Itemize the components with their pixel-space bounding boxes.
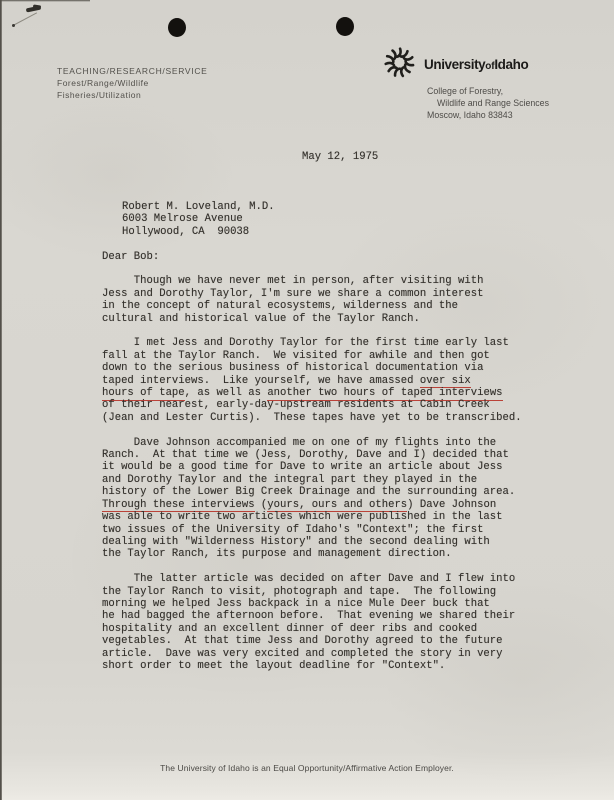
letter-text-segment: taped interviews. Like yourself, we have…: [102, 375, 420, 387]
letter-text-segment: morning we helped Jess backpack in a nic…: [102, 598, 490, 610]
letter-paragraph: Dave Johnson accompanied me on one of my…: [102, 437, 572, 561]
letter-text-segment: it would be a good time for Dave to writ…: [102, 461, 503, 473]
recipient-line: Hollywood, CA 90038: [122, 226, 572, 238]
letter-line: hours of tape, as well as another two ho…: [102, 387, 572, 399]
letter-text-segment: fall at the Taylor Ranch. We visited for…: [102, 350, 490, 362]
letter-text-segment: the Taylor Ranch, its purpose and manage…: [102, 548, 452, 560]
letter-line: it would be a good time for Dave to writ…: [102, 461, 572, 473]
letter-date: May 12, 1975: [302, 151, 378, 163]
pen-dot-mark: [12, 24, 15, 27]
footer-eeo-statement: The University of Idaho is an Equal Oppo…: [0, 763, 614, 773]
letter-text-segment: short order to meet the layout deadline …: [102, 660, 445, 672]
recipient-line: Robert M. Loveland, M.D.: [122, 201, 572, 213]
letter-line: two issues of the University of Idaho's …: [102, 524, 572, 536]
letter-line: Dave Johnson accompanied me on one of my…: [102, 437, 572, 449]
college-line: College of Forestry,: [427, 86, 549, 98]
letter-text-segment: article. Dave was very excited and compl…: [102, 648, 503, 660]
scan-top-edge-shadow: [0, 0, 90, 2]
letter-line: article. Dave was very excited and compl…: [102, 648, 572, 660]
letter-text-segment: I met Jess and Dorothy Taylor for the fi…: [102, 337, 509, 349]
letter-line: The latter article was decided on after …: [102, 573, 572, 585]
hole-punch-right: [336, 17, 354, 36]
letter-line: Ranch. At that time we (Jess, Dorothy, D…: [102, 449, 572, 461]
scanned-letter-page: TEACHING/RESEARCH/SERVICE Forest/Range/W…: [0, 0, 614, 800]
letter-line: the Taylor Ranch to visit, photograph an…: [102, 586, 572, 598]
letter-text-segment: The latter article was decided on after …: [102, 573, 515, 585]
letter-text-segment: and Dorothy Taylor and the integral part…: [102, 474, 477, 486]
letter-text-segment: in the concept of natural ecosystems, wi…: [102, 300, 458, 312]
letter-paragraphs: Though we have never met in person, afte…: [102, 275, 572, 672]
letter-line: Though we have never met in person, afte…: [102, 275, 572, 287]
letter-line: history of the Lower Big Creek Drainage …: [102, 486, 572, 498]
letter-text-segment: Jess and Dorothy Taylor, I'm sure we sha…: [102, 288, 483, 300]
wordmark-of: of: [485, 61, 494, 72]
scan-left-edge-shadow: [0, 0, 2, 800]
letter-text-segment: (: [255, 499, 268, 511]
letter-text-segment: , as well as: [185, 387, 268, 399]
letter-text-segment: hospitality and an excellent dinner of d…: [102, 623, 477, 635]
letter-line: fall at the Taylor Ranch. We visited for…: [102, 350, 572, 362]
letter-text-segment: of their nearest, early-day-upstream res…: [102, 399, 490, 411]
letterhead-college-block: College of Forestry, Wildlife and Range …: [427, 86, 549, 122]
letter-text-segment: was able to write two articles which wer…: [102, 511, 503, 523]
letter-line: short order to meet the layout deadline …: [102, 660, 572, 672]
salutation: Dear Bob:: [102, 251, 572, 263]
wordmark-university: University: [424, 57, 485, 72]
letter-body: Robert M. Loveland, M.D. 6003 Melrose Av…: [102, 201, 572, 672]
letter-paragraph: I met Jess and Dorothy Taylor for the fi…: [102, 337, 572, 424]
letter-line: dealing with "Wilderness History" and th…: [102, 536, 572, 548]
letterhead-line: Fisheries/Utilization: [57, 90, 208, 102]
hole-punch-left: [168, 18, 186, 37]
letterhead-department-block: TEACHING/RESEARCH/SERVICE Forest/Range/W…: [57, 66, 208, 101]
letter-text-segment: ) Dave Johnson: [407, 499, 496, 511]
letter-text-segment: history of the Lower Big Creek Drainage …: [102, 486, 515, 498]
letter-paragraph: The latter article was decided on after …: [102, 573, 572, 672]
letter-line: down to the serious business of historic…: [102, 362, 572, 374]
recipient-address-block: Robert M. Loveland, M.D. 6003 Melrose Av…: [122, 201, 572, 238]
letter-text-segment: dealing with "Wilderness History" and th…: [102, 536, 490, 548]
letter-text-segment: cultural and historical value of the Tay…: [102, 313, 420, 325]
letter-text-segment: he had bagged the afternoon before. That…: [102, 610, 515, 622]
college-line: Moscow, Idaho 83843: [427, 110, 549, 122]
recipient-line: 6003 Melrose Avenue: [122, 213, 572, 225]
letter-line: I met Jess and Dorothy Taylor for the fi…: [102, 337, 572, 349]
letter-line: and Dorothy Taylor and the integral part…: [102, 474, 572, 486]
letter-text-segment: the Taylor Ranch to visit, photograph an…: [102, 586, 496, 598]
letterhead-line: Forest/Range/Wildlife: [57, 78, 208, 90]
letter-line: taped interviews. Like yourself, we have…: [102, 375, 572, 387]
letter-line: Jess and Dorothy Taylor, I'm sure we sha…: [102, 288, 572, 300]
letter-line: was able to write two articles which wer…: [102, 511, 572, 523]
letter-paragraph: Though we have never met in person, afte…: [102, 275, 572, 325]
university-of-idaho-sun-logo-icon: [383, 46, 416, 79]
letter-line: the Taylor Ranch, its purpose and manage…: [102, 548, 572, 560]
letter-line: he had bagged the afternoon before. That…: [102, 610, 572, 622]
letter-line: vegetables. At that time Jess and Doroth…: [102, 635, 572, 647]
letter-text-segment: down to the serious business of historic…: [102, 362, 483, 374]
letter-text-segment: Ranch. At that time we (Jess, Dorothy, D…: [102, 449, 509, 461]
letter-line: hospitality and an excellent dinner of d…: [102, 623, 572, 635]
letter-line: Through these interviews (yours, ours an…: [102, 499, 572, 511]
faint-pen-line: [13, 12, 37, 26]
letter-line: morning we helped Jess backpack in a nic…: [102, 598, 572, 610]
letter-line: cultural and historical value of the Tay…: [102, 313, 572, 325]
letter-text-segment: two issues of the University of Idaho's …: [102, 524, 483, 536]
letter-line: in the concept of natural ecosystems, wi…: [102, 300, 572, 312]
university-wordmark: UniversityofIdaho: [424, 57, 528, 72]
letterhead-line: TEACHING/RESEARCH/SERVICE: [57, 66, 208, 78]
letter-text-segment: Dave Johnson accompanied me on one of my…: [102, 437, 496, 449]
wordmark-idaho: Idaho: [494, 57, 528, 72]
letter-text-segment: Though we have never met in person, afte…: [102, 275, 483, 287]
letter-line: of their nearest, early-day-upstream res…: [102, 399, 572, 411]
letter-text-segment: (Jean and Lester Curtis). These tapes ha…: [102, 412, 522, 424]
college-line: Wildlife and Range Sciences: [437, 98, 549, 110]
letter-line: (Jean and Lester Curtis). These tapes ha…: [102, 412, 572, 424]
letter-text-segment: vegetables. At that time Jess and Doroth…: [102, 635, 503, 647]
